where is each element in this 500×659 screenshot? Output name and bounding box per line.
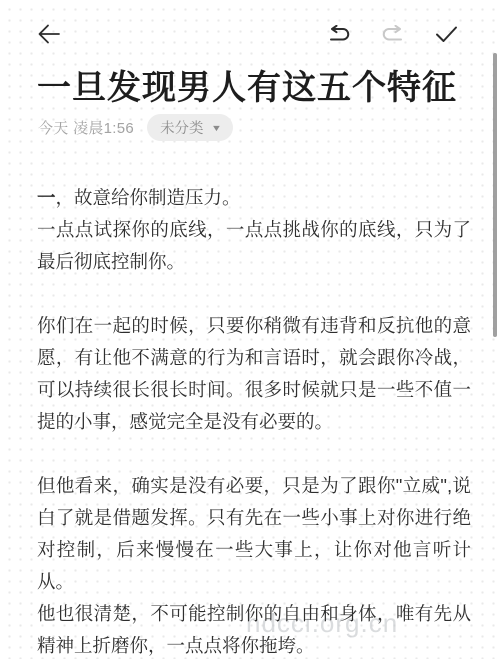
category-selector[interactable]: 未分类 ▼ [147,114,233,141]
toolbar-actions [326,21,459,47]
paragraph-lead: 一 [37,187,56,208]
notes-editor-screen: 一旦发现男人有这五个特征 今天 凌晨1:56 未分类 ▼ 一，故意给你制造压力。… [0,0,500,659]
paragraph: 你们在一起的时候，只要你稍微有违背和反抗他的意愿，有让他不满意的行为和言语时，就… [37,310,471,438]
note-body[interactable]: 一，故意给你制造压力。 一点点试探你的底线，一点点挑战你的底线，只为了最后彻底控… [37,182,471,659]
undo-icon [326,25,352,43]
paragraph: 但他看来，确实是没有必要，只是为了跟你"立威",说白了就是借题发挥。只有先在一些… [37,470,471,598]
note-meta: 今天 凌晨1:56 未分类 ▼ [38,114,500,141]
paragraph: 一，故意给你制造压力。 一点点试探你的底线，一点点挑战你的底线，只为了最后彻底控… [37,182,471,278]
paragraph-text: 他也很清楚，不可能控制你的自由和身体，唯有先从精神上折磨你，一点点将你拖垮。 [37,603,471,656]
topbar [0,0,500,56]
back-button[interactable] [36,21,62,47]
scrollbar-thumb[interactable] [493,53,497,337]
back-arrow-icon [36,21,62,47]
redo-button[interactable] [380,25,406,43]
paragraph-text: 但他看来，确实是没有必要，只是为了跟你"立威",说白了就是借题发挥。只有先在一些… [37,475,471,592]
confirm-button[interactable] [434,24,459,44]
paragraph: 他也很清楚，不可能控制你的自由和身体，唯有先从精神上折磨你，一点点将你拖垮。 [37,598,471,659]
checkmark-icon [434,24,459,44]
note-title[interactable]: 一旦发现男人有这五个特征 [37,68,470,108]
note-timestamp: 今天 凌晨1:56 [38,117,134,138]
category-label: 未分类 [160,117,204,138]
paragraph-text: 你们在一起的时候，只要你稍微有违背和反抗他的意愿，有让他不满意的行为和言语时，就… [37,315,471,432]
paragraph-text: ，故意给你制造压力。 一点点试探你的底线，一点点挑战你的底线，只为了最后彻底控制… [37,187,471,272]
redo-icon [380,25,406,43]
chevron-down-icon: ▼ [210,123,221,133]
undo-button[interactable] [326,25,352,43]
